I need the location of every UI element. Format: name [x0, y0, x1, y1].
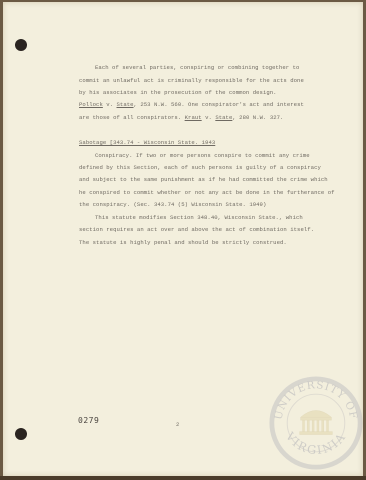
- text-line: This statute modifies Section 348.40, Wi…: [79, 212, 303, 223]
- text-fragment: , 280 N.W. 327.: [232, 114, 283, 121]
- text-fragment: are those of all conspirators.: [79, 114, 185, 121]
- case-name: Pollock: [79, 101, 103, 108]
- text-line: The statute is highly penal and should b…: [79, 237, 287, 248]
- case-name: State: [215, 114, 232, 121]
- text-line: Conspiracy. If two or more persons consp…: [79, 150, 310, 161]
- page-number: 2: [176, 421, 179, 428]
- text-line: and subject to the same punishment as if…: [79, 174, 328, 185]
- scan-border: [0, 476, 366, 480]
- text-line: the conspiracy. (Sec. 343.74 (5) Wiscons…: [79, 199, 266, 210]
- heading-text: Sabotage [343.74 - Wisconsin State. 1943: [79, 139, 215, 146]
- punch-hole: [15, 428, 27, 440]
- archive-stamp-number: 0279: [78, 416, 99, 425]
- text-line: he conspired to commit whether or not an…: [79, 187, 335, 198]
- rotunda-icon: [300, 411, 333, 435]
- punch-hole: [15, 39, 27, 51]
- text-line: by his associates in the prosecution of …: [79, 87, 277, 98]
- text-fragment: v.: [202, 114, 216, 121]
- text-line: are those of all conspirators. Kraut v. …: [79, 112, 283, 123]
- case-name: State: [117, 101, 134, 108]
- text-line: section requires an act over and above t…: [79, 224, 314, 235]
- text-line: defined by this Section, each of such pe…: [79, 162, 321, 173]
- university-seal-watermark: UNIVERSITY OF VIRGINIA: [268, 375, 364, 471]
- text-fragment: , 253 N.W. 560. One conspirator's act an…: [134, 101, 304, 108]
- case-name: Kraut: [185, 114, 202, 121]
- text-fragment: v.: [103, 101, 117, 108]
- text-line: commit an unlawful act is criminally res…: [79, 75, 304, 86]
- text-line: Pollock v. State, 253 N.W. 560. One cons…: [79, 99, 304, 110]
- text-line: Each of several parties, conspiring or c…: [79, 62, 299, 73]
- section-heading: Sabotage [343.74 - Wisconsin State. 1943: [79, 137, 215, 148]
